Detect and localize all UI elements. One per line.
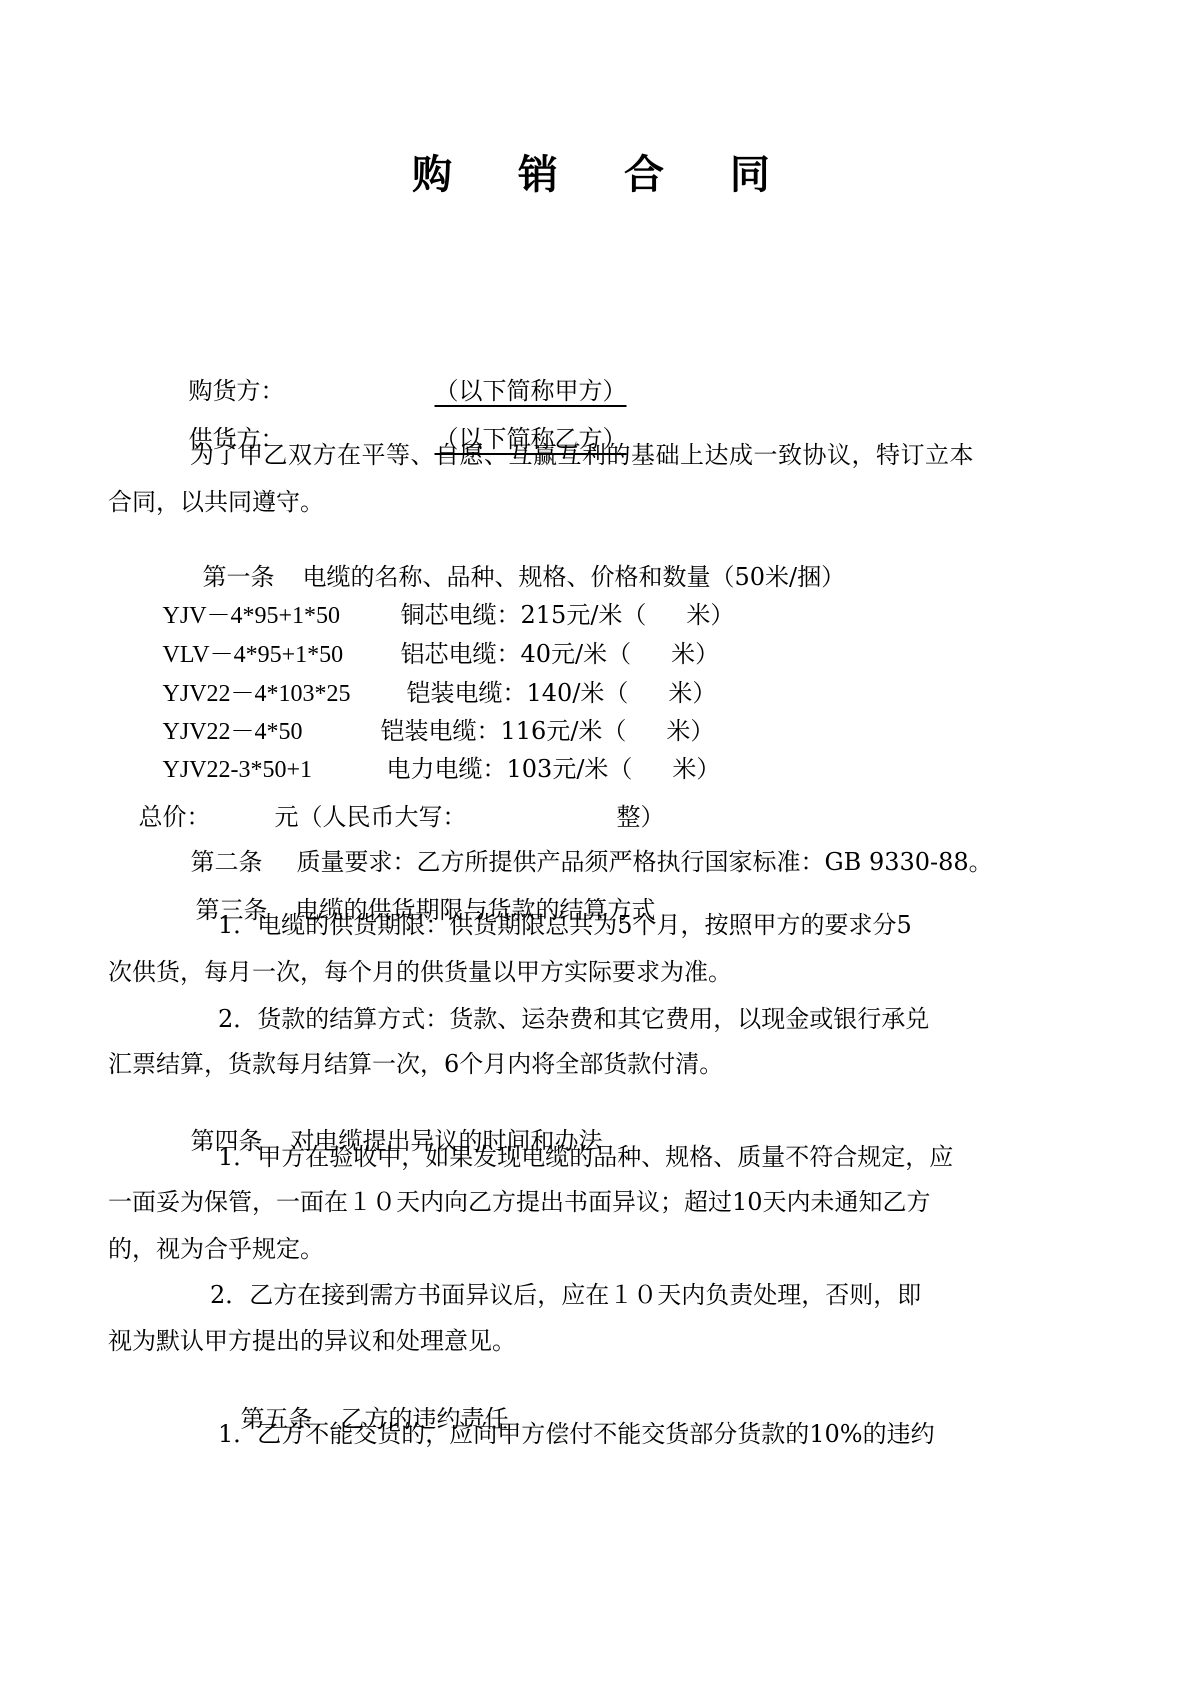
article-4-heading: 第四条对电缆提出异议的时间和办法 (160, 1096, 603, 1186)
article-3-clause-2-line-2: 汇票结算，货款每月结算一次，6个月内将全部货款付清。 (108, 1049, 723, 1079)
article-4-clause-1-line-3: 的，视为合乎规定。 (108, 1234, 324, 1264)
preamble-line-2: 合同，以共同遵守。 (108, 487, 324, 517)
cable-unit: 米） (672, 755, 720, 783)
article-4-clause-1-line-2: 一面妥为保管，一面在１０天内向乙方提出书面异议；超过10天内未通知乙方 (108, 1187, 931, 1217)
preamble-line-1: 为了甲乙双方在平等、自愿、互赢互利的基础上达成一致协议，特订立本 (190, 440, 974, 470)
article-3-clause-1-line-2: 次供货，每月一次，每个月的供货量以甲方实际要求为准。 (108, 957, 732, 987)
article-4-clause-2-line-2: 视为默认甲方提出的异议和处理意见。 (108, 1326, 516, 1356)
article-4-clause-1-line-1: 1．甲方在验收中，如果发现电缆的品种、规格、质量不符合规定，应 (218, 1142, 953, 1172)
article-5-clause-1-line-1: 1．乙方不能交货的，应向甲方偿付不能交货部分货款的10%的违约 (218, 1419, 935, 1449)
article-3-clause-1-line-1: 1．电缆的供货期限：供货期限总共为5个月，按照甲方的要求分5 (218, 910, 912, 940)
supplier-line: 供货方：（以下简称乙方） (158, 394, 627, 484)
contract-title: 购 销 合 同 (0, 150, 1190, 200)
article-3-clause-2-line-1: 2．货款的结算方式：货款、运杂费和其它费用，以现金或银行承兑 (218, 1004, 929, 1034)
article-4-clause-2-line-1: 2．乙方在接到需方书面异议后，应在１０天内负责处理，否则，即 (210, 1280, 921, 1310)
